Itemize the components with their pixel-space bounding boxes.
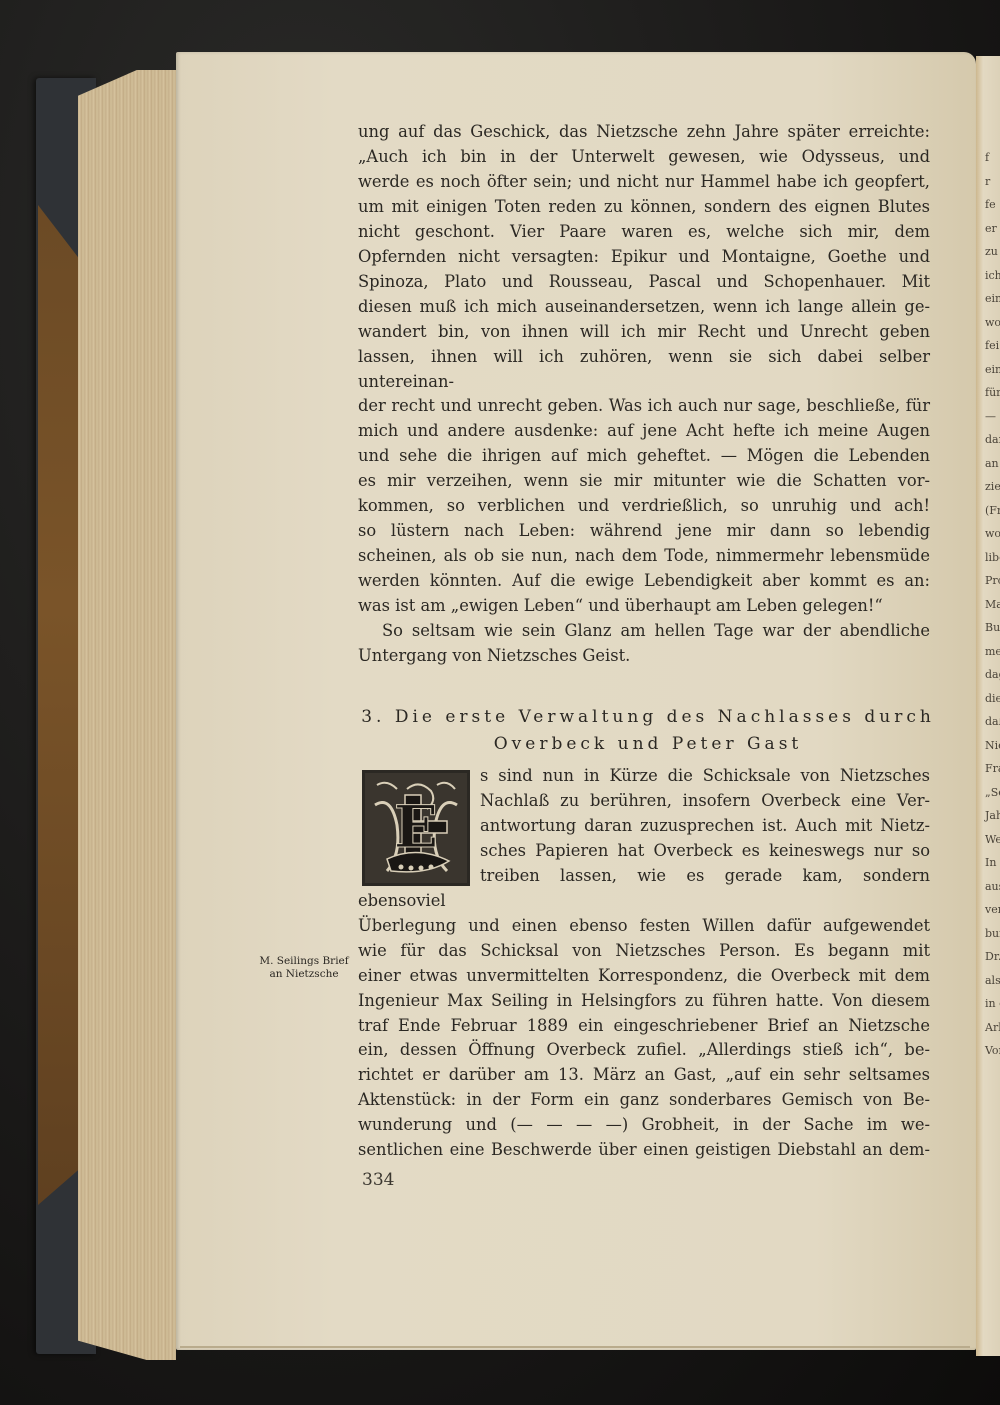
fragment: Nietz	[985, 734, 1000, 758]
facing-page-text-fragments: frfeerzuicheinwofeieinfür—damanziehe(Fra…	[985, 146, 1000, 1063]
text-line: So seltsam wie sein Glanz am hellen Tage…	[358, 619, 930, 644]
leather-spine-corner	[38, 205, 84, 1205]
fragment: ein	[985, 358, 1000, 382]
margin-note-line-1: M. Seilings Brief	[248, 955, 360, 968]
text-line: mich und andere ausdenke: auf jene Acht …	[358, 419, 930, 444]
fragment: ziehe	[985, 475, 1000, 499]
fragment: für	[985, 381, 1000, 405]
text-line: Untergang von Nietzsches Geist.	[358, 644, 930, 669]
text-line: traf Ende Februar 1889 ein eingeschriebe…	[358, 1014, 930, 1039]
fragment: Mair	[985, 593, 1000, 617]
body-text: ung auf das Geschick, das Nietzsche zehn…	[358, 120, 930, 669]
text-line: Aktenstück: in der Form ein ganz sonderb…	[358, 1088, 930, 1113]
section-heading-line-1: 3. Die erste Verwaltung des Nachlasses d…	[358, 704, 938, 731]
fragment: (Fra	[985, 499, 1000, 523]
fragment: wo	[985, 522, 1000, 546]
page-bottom-edge	[180, 1346, 970, 1348]
fragment: Weimar	[985, 828, 1000, 852]
margin-note: M. Seilings Brief an Nietzsche	[248, 955, 360, 981]
text-line: nicht geschont. Vier Paare waren es, wel…	[358, 220, 930, 245]
fragment: aus M	[985, 875, 1000, 899]
page-block-edges	[78, 70, 176, 1360]
fragment: bung	[985, 922, 1000, 946]
text-line: der recht und unrecht geben. Was ich auc…	[358, 394, 930, 419]
fragment: r	[985, 170, 1000, 194]
fragment: an	[985, 452, 1000, 476]
text-line: werden könnten. Auf die ewige Lebendigke…	[358, 569, 930, 594]
text-line: Ingenieur Max Seiling in Helsingfors zu …	[358, 989, 930, 1014]
ornamental-drop-cap: E	[362, 770, 470, 886]
fragment: dagag	[985, 663, 1000, 687]
section-heading: 3. Die erste Verwaltung des Nachlasses d…	[358, 704, 938, 758]
fragment: ich	[985, 264, 1000, 288]
fragment: In	[985, 851, 1000, 875]
fragment: als De	[985, 969, 1000, 993]
text-line: „Auch ich bin in der Unterwelt gewesen, …	[358, 145, 930, 170]
fragment: „Sofo	[985, 781, 1000, 805]
fragment: die C	[985, 687, 1000, 711]
margin-note-line-2: an Nietzsche	[248, 968, 360, 981]
fragment: Dr. M	[985, 945, 1000, 969]
fragment: er	[985, 217, 1000, 241]
text-line: Überlegung und einen ebenso festen Wille…	[358, 914, 930, 939]
text-line: einer etwas unvermittelten Korrespondenz…	[358, 964, 930, 989]
fragment: in der	[985, 992, 1000, 1016]
fragment: daß d	[985, 710, 1000, 734]
text-line: kommen, so verblichen und verdrießlich, …	[358, 494, 930, 519]
text-line: sentlichen eine Beschwerde über einen ge…	[358, 1138, 930, 1163]
text-line: werde es noch öfter sein; und nicht nur …	[358, 170, 930, 195]
section-heading-line-2: Overbeck und Peter Gast	[358, 731, 938, 758]
text-line: wandert bin, von ihnen will ich mir Rech…	[358, 320, 930, 345]
text-line: wunderung und (— — — —) Grobheit, in der…	[358, 1113, 930, 1138]
fragment: Prote	[985, 569, 1000, 593]
text-line: so lüstern nach Leben: während jene mir …	[358, 519, 930, 544]
facing-page-edge: frfeerzuicheinwofeieinfür—damanziehe(Fra…	[976, 56, 1000, 1356]
text-line: ung auf das Geschick, das Nietzsche zehn…	[358, 120, 930, 145]
page-number: 334	[362, 1170, 394, 1190]
section-body: E s sind nun in Kürze die Schicksale von…	[358, 764, 930, 1163]
fragment: wo	[985, 311, 1000, 335]
text-line: scheinen, als ob sie nun, nach dem Tode,…	[358, 544, 930, 569]
fragment: —	[985, 405, 1000, 429]
text-line: ein, dessen Öffnung Overbeck zufiel. „Al…	[358, 1038, 930, 1063]
text-line: diesen muß ich mich auseinandersetzen, w…	[358, 295, 930, 320]
fragment: fei	[985, 334, 1000, 358]
fragment: f	[985, 146, 1000, 170]
fragment: Arbeit	[985, 1016, 1000, 1040]
text-line: lassen, ihnen will ich zuhören, wenn sie…	[358, 345, 930, 395]
fragment: Vorsch	[985, 1039, 1000, 1063]
text-line: was ist am „ewigen Leben“ und überhaupt …	[358, 594, 930, 619]
text-line: um mit einigen Toten reden zu können, so…	[358, 195, 930, 220]
fragment: verspr	[985, 898, 1000, 922]
text-line: richtet er darüber am 13. März an Gast, …	[358, 1063, 930, 1088]
text-line: Spinoza, Plato und Rousseau, Pascal und …	[358, 270, 930, 295]
fragment: dam	[985, 428, 1000, 452]
fragment: ein	[985, 287, 1000, 311]
fragment: Frau	[985, 757, 1000, 781]
text-line: es mir verzeihen, wenn sie mir mitunter …	[358, 469, 930, 494]
fragment: zu	[985, 240, 1000, 264]
fragment: fe	[985, 193, 1000, 217]
fragment: Jahre	[985, 804, 1000, 828]
svg-text:E: E	[394, 793, 438, 861]
drop-cap-ornament-icon: E	[367, 775, 465, 881]
fragment: meine	[985, 640, 1000, 664]
text-line: wie für das Schicksal von Nietzsches Per…	[358, 939, 930, 964]
fragment: liber	[985, 546, 1000, 570]
text-line: und sehe die ihrigen auf mich geheftet. …	[358, 444, 930, 469]
fragment: Butal	[985, 616, 1000, 640]
text-line: Opfernden nicht versagten: Epikur und Mo…	[358, 245, 930, 270]
